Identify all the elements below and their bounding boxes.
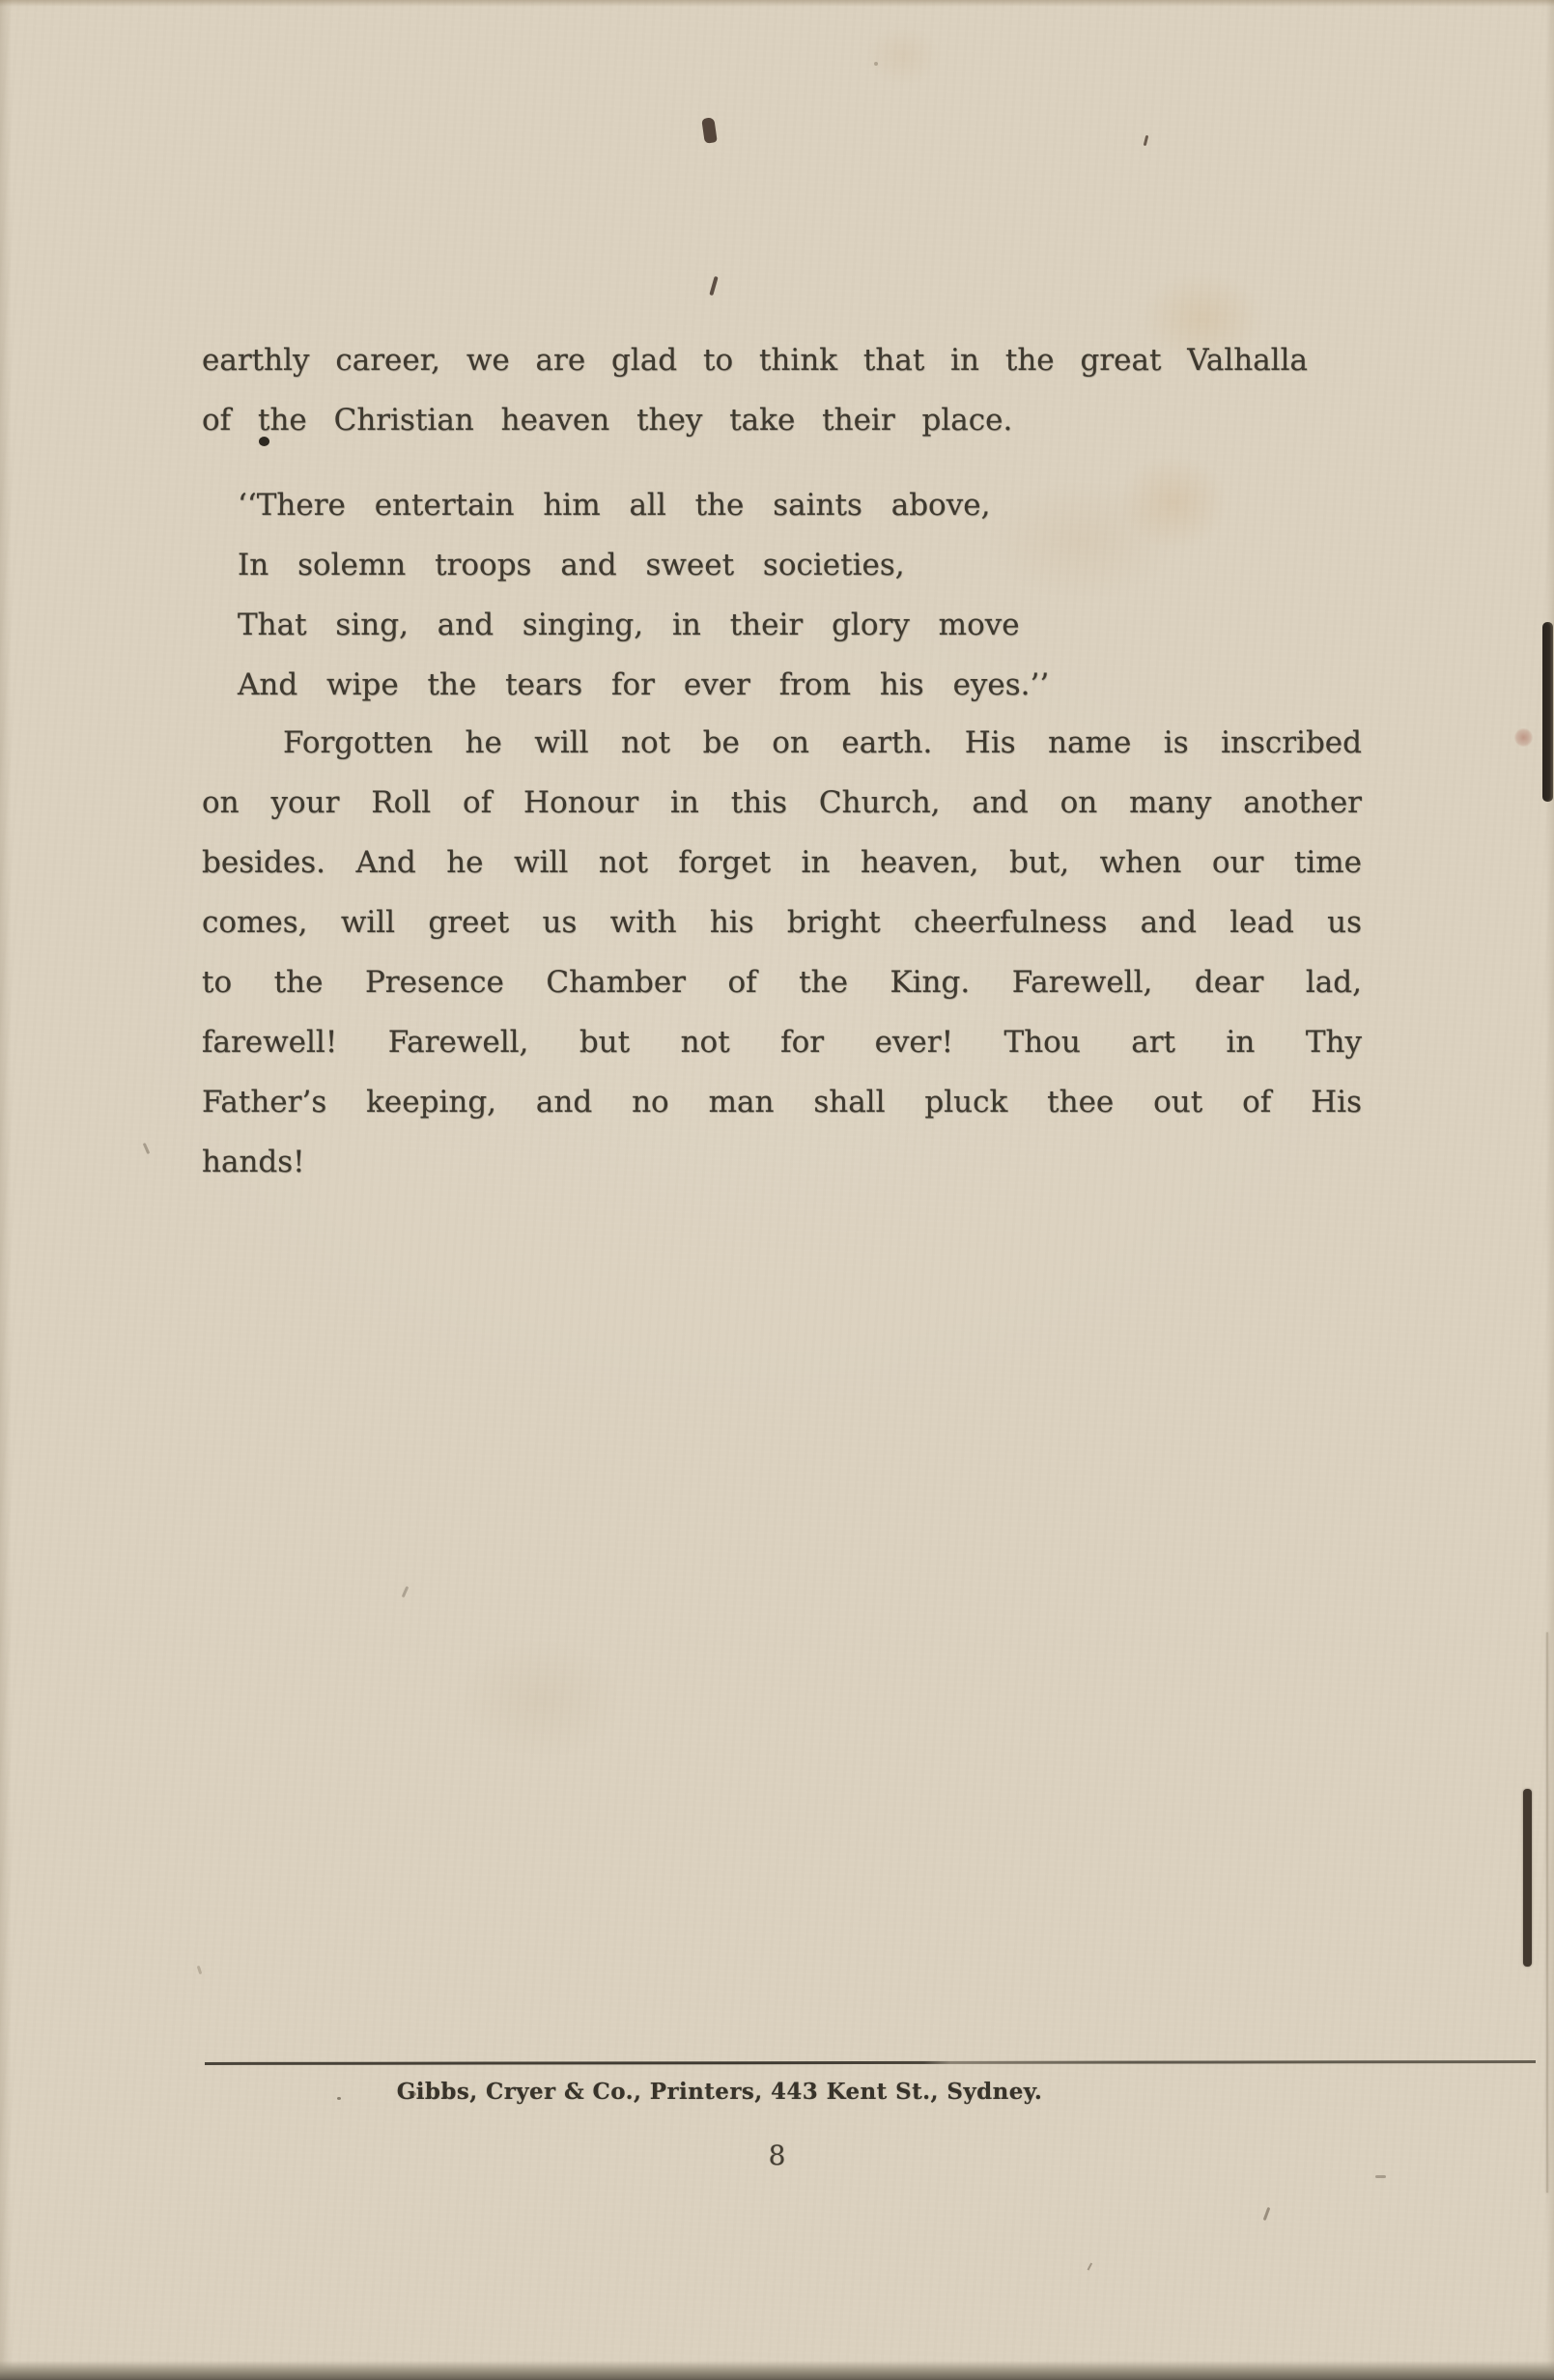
ink-speck: [1375, 2175, 1386, 2178]
text-line: Forgotten he will not be on earth. His n…: [202, 713, 1362, 773]
text-line: to the Presence Chamber of the King. Far…: [202, 952, 1362, 1012]
text-line: earthly career, we are glad to think tha…: [202, 330, 1362, 390]
poem-line: In solemn troops and sweet societies,: [238, 535, 1398, 595]
ink-speck: [411, 2092, 416, 2096]
text-line: Father’s keeping, and no man shall pluck…: [202, 1072, 1362, 1132]
scanned-page: earthly career, we are glad to think tha…: [0, 0, 1554, 2380]
red-stain-dot: [1514, 728, 1533, 747]
ink-speck: [337, 2097, 341, 2100]
printer-imprint: Gibbs, Cryer & Co., Printers, 443 Kent S…: [328, 2073, 1111, 2111]
text-line: on your Roll of Honour in this Church, a…: [202, 773, 1362, 833]
printers-ornament-dot: [259, 437, 269, 446]
page-number: 8: [0, 2135, 1554, 2177]
ink-speck: [874, 62, 878, 66]
binding-mark: [1523, 1789, 1532, 1967]
scan-edge-right: [1545, 0, 1554, 2380]
text-line: farewell! Farewell, but not for ever! Th…: [202, 1012, 1362, 1072]
text-line: comes, will greet us with his bright che…: [202, 892, 1362, 952]
scan-edge-left: [0, 0, 12, 2380]
text-line: hands!: [202, 1132, 1362, 1192]
scan-edge-bottom: [0, 2361, 1554, 2380]
scan-edge-top: [0, 0, 1554, 7]
poem-line: ‘‘There entertain him all the saints abo…: [238, 475, 1398, 535]
poem-line: And wipe the tears for ever from his eye…: [238, 655, 1398, 715]
text-line: of the Christian heaven they take their …: [202, 390, 1362, 450]
text-line: besides. And he will not forget in heave…: [202, 833, 1362, 892]
poem-line: That sing, and singing, in their glory m…: [238, 595, 1398, 655]
